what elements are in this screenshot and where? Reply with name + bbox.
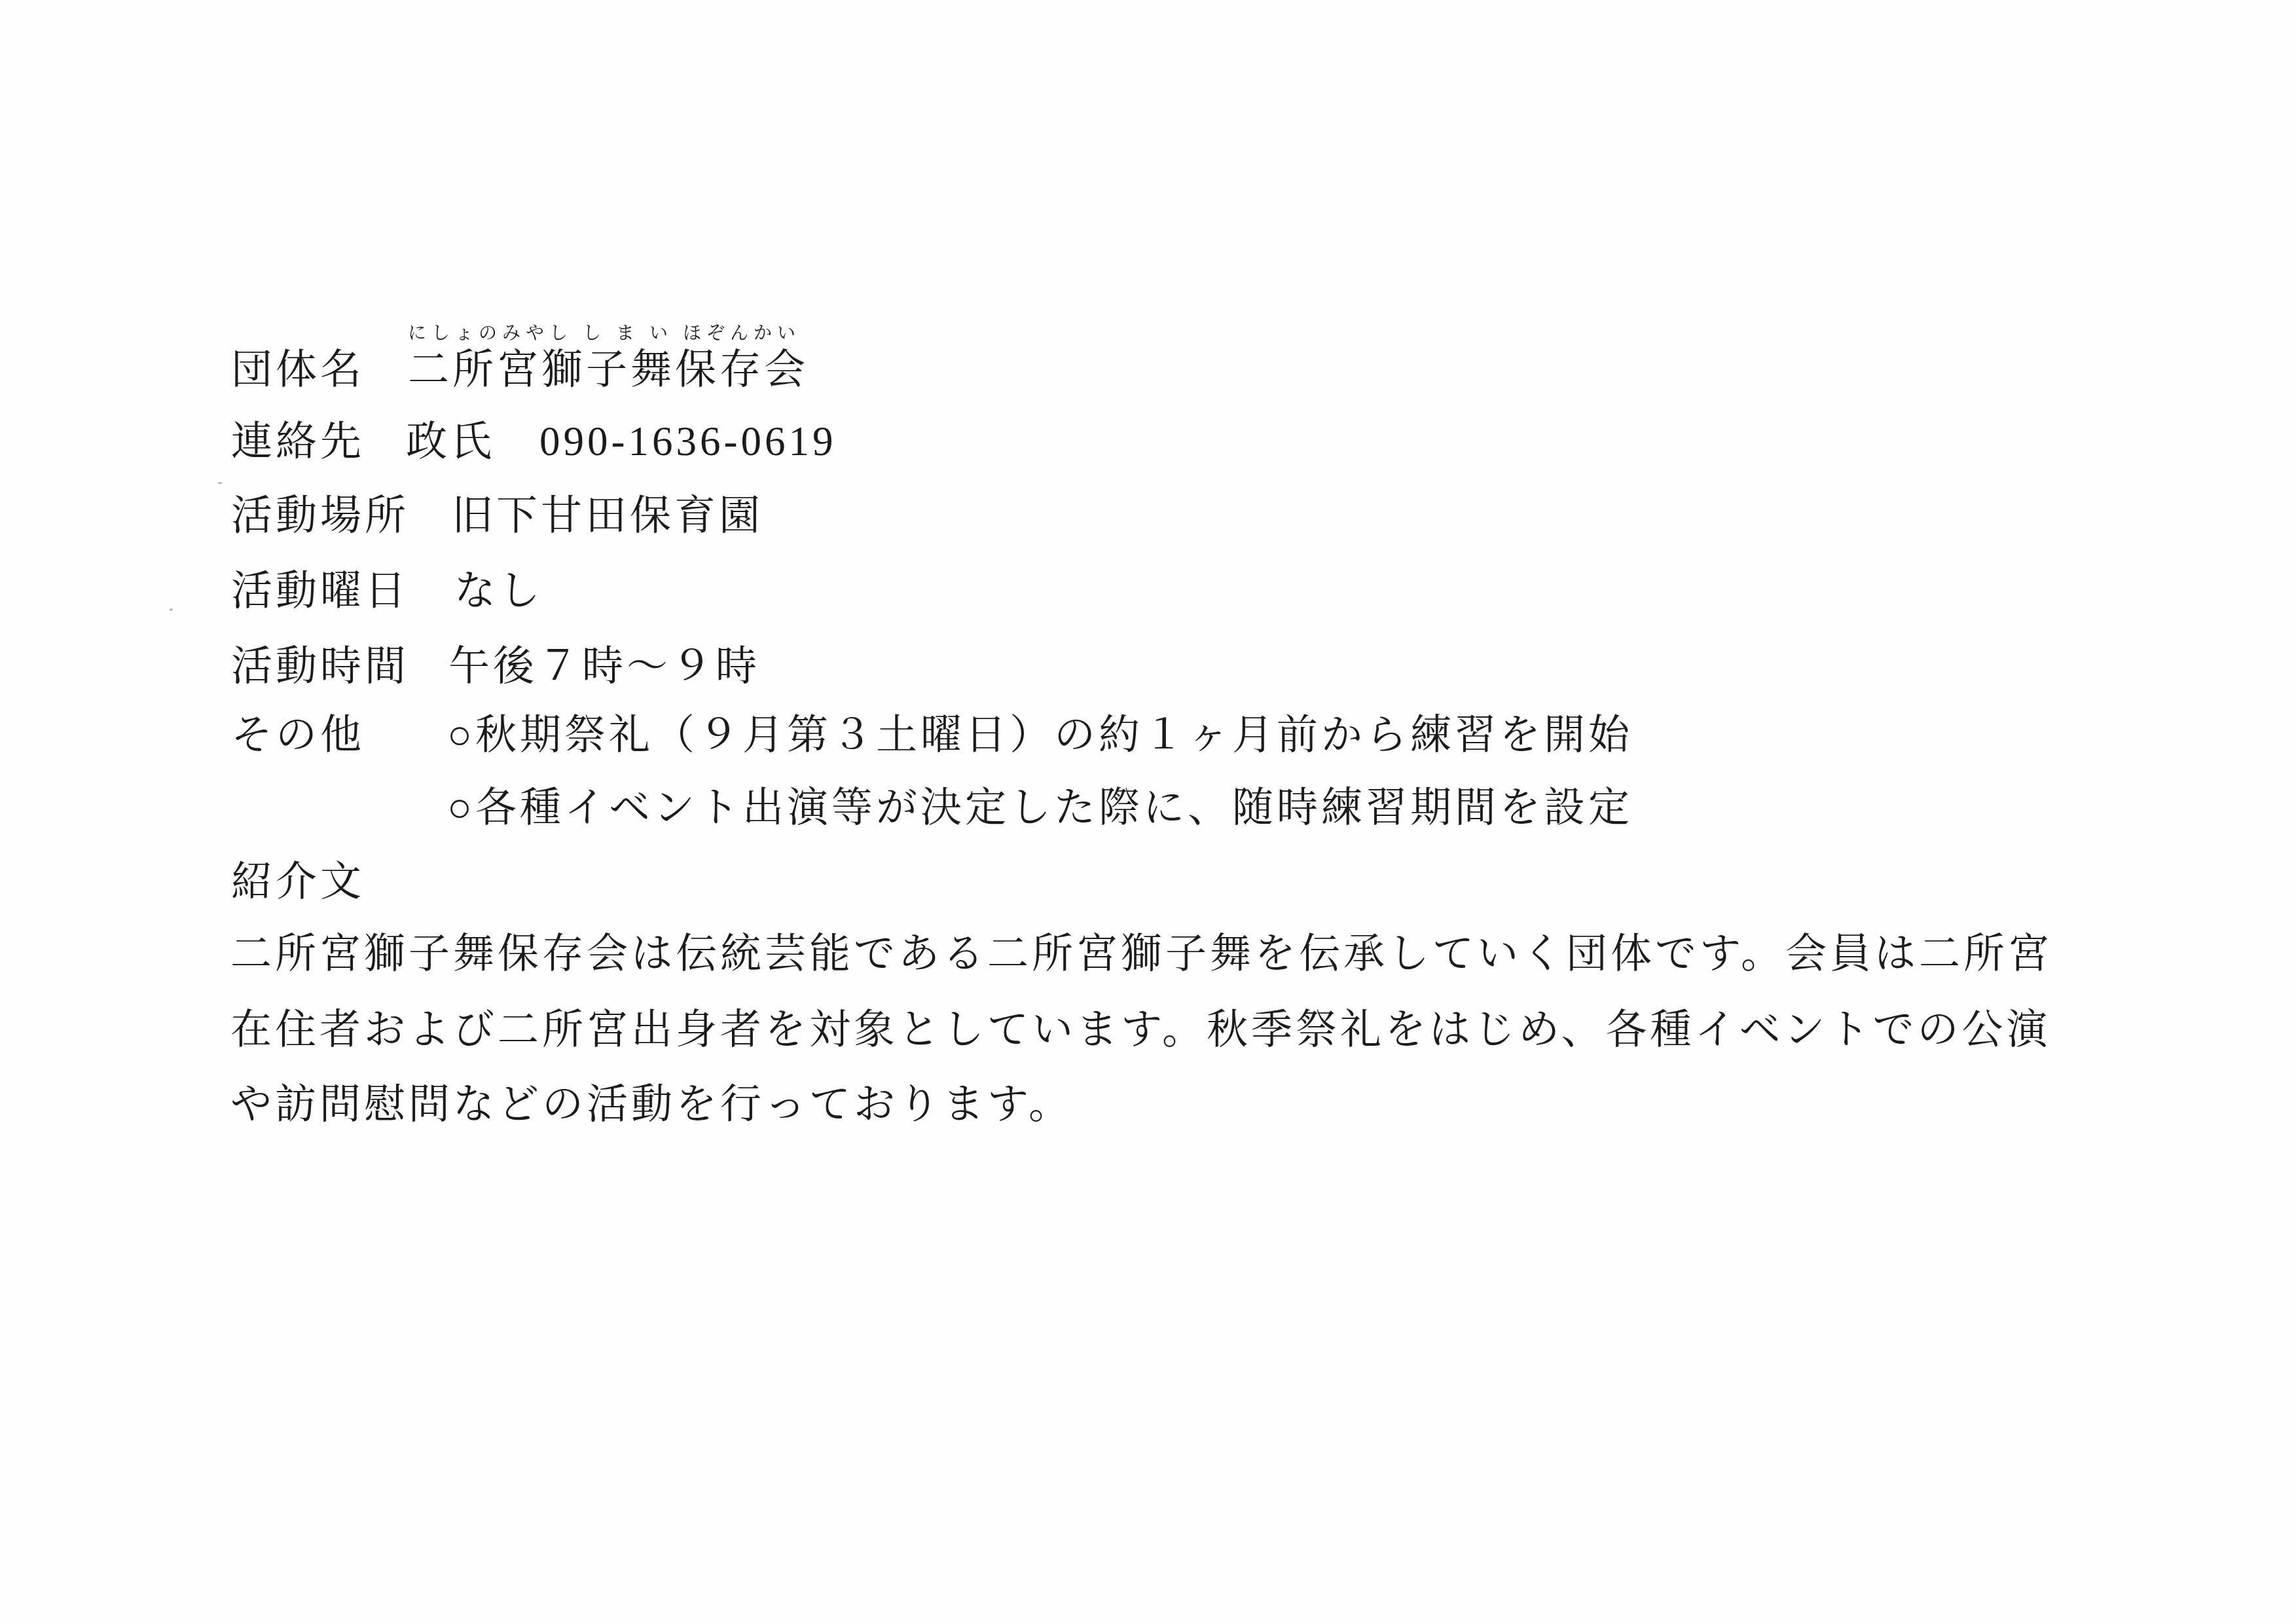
intro-paragraph-row-1: 二所宮獅子舞保存会は伝統芸能である二所宮獅子舞を伝承していく団体です。会員は二所… bbox=[0, 933, 2296, 995]
field-row-other-1: その他 ○秋期祭礼（９月第３土曜日）の約１ヶ月前から練習を開始 bbox=[0, 714, 2296, 777]
field-label-contact: 連絡先 bbox=[231, 421, 365, 462]
scan-speck bbox=[170, 608, 173, 611]
field-value-other-2: ○各種イベント出演等が決定した際に、随時練習期間を設定 bbox=[447, 787, 1633, 828]
intro-heading-row: 紹介文 bbox=[0, 861, 2296, 923]
field-row-activity-days: 活動曜日 なし bbox=[0, 570, 2296, 633]
field-label-other: その他 bbox=[231, 714, 365, 756]
field-label-activity-time: 活動時間 bbox=[231, 646, 409, 687]
field-row-group-name: 団体名 二所宮獅子舞保存会 bbox=[0, 349, 2296, 411]
field-value-other-1: ○秋期祭礼（９月第３土曜日）の約１ヶ月前から練習を開始 bbox=[447, 714, 1633, 756]
field-row-other-2: ○各種イベント出演等が決定した際に、随時練習期間を設定 bbox=[0, 787, 2296, 849]
intro-line-2: 在住者および二所宮出身者を対象としています。秋季祭礼をはじめ、各種イベントでの公… bbox=[230, 1009, 2050, 1050]
intro-line-1: 二所宮獅子舞保存会は伝統芸能である二所宮獅子舞を伝承していく団体です。会員は二所… bbox=[230, 933, 2052, 974]
intro-paragraph-row-3: や訪問慰問などの活動を行っております。 bbox=[0, 1084, 2296, 1146]
field-label-activity-days: 活動曜日 bbox=[231, 570, 409, 612]
field-row-activity-place: 活動場所 旧下甘田保育園 bbox=[0, 495, 2296, 557]
field-value-activity-days: なし bbox=[454, 570, 543, 612]
field-value-activity-time: 午後７時～９時 bbox=[448, 646, 760, 687]
intro-paragraph-row-2: 在住者および二所宮出身者を対象としています。秋季祭礼をはじめ、各種イベントでの公… bbox=[0, 1009, 2296, 1071]
scanned-document-page: にしょのみやし し ま い ほぞんかい 団体名 二所宮獅子舞保存会 連絡先 政氏… bbox=[0, 0, 2296, 1624]
scan-speck bbox=[218, 482, 222, 484]
field-row-contact: 連絡先 政氏 090-1636-0619 bbox=[0, 421, 2296, 483]
field-row-activity-time: 活動時間 午後７時～９時 bbox=[0, 646, 2296, 708]
intro-heading: 紹介文 bbox=[231, 861, 365, 902]
field-label-activity-place: 活動場所 bbox=[231, 495, 409, 536]
field-value-group-name: 二所宮獅子舞保存会 bbox=[408, 349, 809, 390]
field-value-contact: 政氏 090-1636-0619 bbox=[406, 421, 836, 462]
field-value-activity-place: 旧下甘田保育園 bbox=[452, 495, 763, 536]
intro-line-3: や訪問慰問などの活動を行っております。 bbox=[230, 1084, 1073, 1125]
furigana-reading: にしょのみやし し ま い ほぞんかい bbox=[408, 325, 801, 343]
field-label-group-name: 団体名 bbox=[231, 349, 365, 390]
